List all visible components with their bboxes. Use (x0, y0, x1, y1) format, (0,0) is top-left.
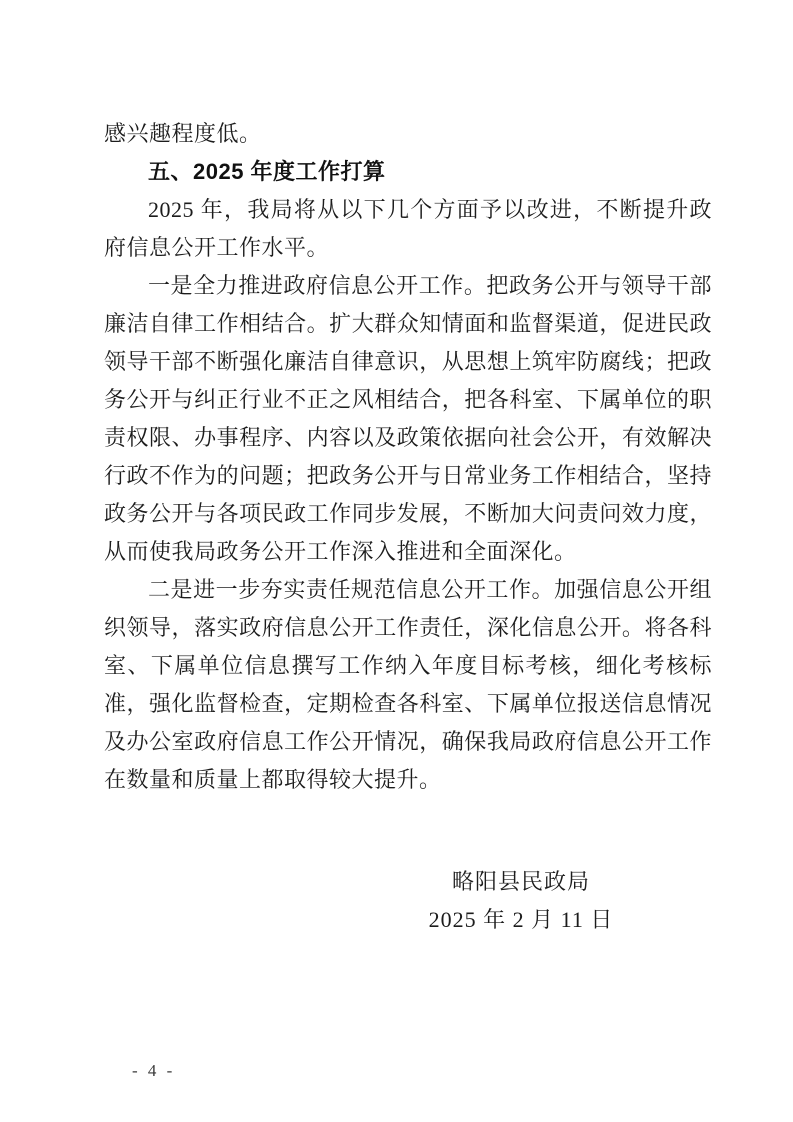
signature-organization: 略阳县民政局 (370, 863, 672, 901)
section-heading: 五、2025 年度工作打算 (104, 153, 712, 191)
paragraph-plan-intro: 2025 年，我局将从以下几个方面予以改进，不断提升政府信息公开工作水平。 (104, 191, 712, 267)
signature-date: 2025 年 2 月 11 日 (370, 901, 672, 939)
document-page: 感兴趣程度低。 五、2025 年度工作打算 2025 年，我局将从以下几个方面予… (0, 0, 793, 1122)
paragraph-measure-one: 一是全力推进政府信息公开工作。把政务公开与领导干部廉洁自律工作相结合。扩大群众知… (104, 267, 712, 571)
page-number: - 4 - (132, 1057, 175, 1085)
document-body: 感兴趣程度低。 五、2025 年度工作打算 2025 年，我局将从以下几个方面予… (104, 115, 712, 939)
paragraph-measure-two: 二是进一步夯实责任规范信息公开工作。加强信息公开组织领导，落实政府信息公开工作责… (104, 571, 712, 799)
signature-block: 略阳县民政局 2025 年 2 月 11 日 (370, 863, 672, 939)
continuation-paragraph: 感兴趣程度低。 (104, 115, 712, 153)
